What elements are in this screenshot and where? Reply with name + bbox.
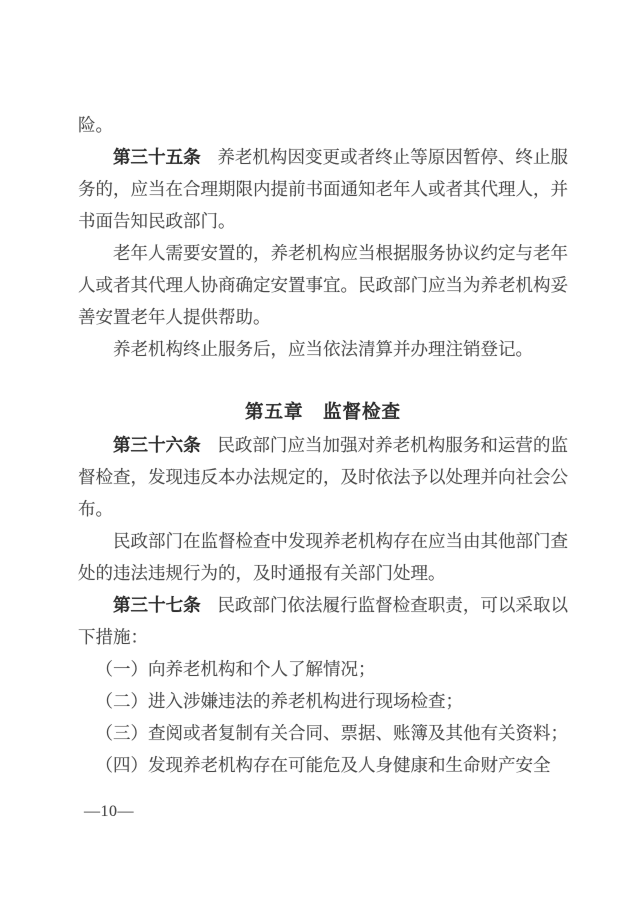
document-page: 险。 第三十五条养老机构因变更或者终止等原因暂停、终止服务的，应当在合理期限内提… — [0, 0, 636, 900]
list-item-4: （四）发现养老机构存在可能危及人身健康和生命财产安全 — [78, 749, 568, 781]
paragraph-continuation: 险。 — [78, 109, 568, 141]
article-37-number: 第三十七条 — [113, 595, 201, 615]
article-37-paragraph: 第三十七条民政部门依法履行监督检查职责，可以采取以下措施： — [78, 589, 568, 653]
page-number: —10— — [84, 800, 134, 824]
document-body: 险。 第三十五条养老机构因变更或者终止等原因暂停、终止服务的，应当在合理期限内提… — [78, 109, 568, 781]
article-36-number: 第三十六条 — [113, 435, 201, 455]
article-35-paragraph: 第三十五条养老机构因变更或者终止等原因暂停、终止服务的，应当在合理期限内提前书面… — [78, 141, 568, 237]
list-item-3: （三）查阅或者复制有关合同、票据、账簿及其他有关资料； — [78, 717, 568, 749]
list-item-1: （一）向养老机构和个人了解情况； — [78, 653, 568, 685]
article-35-paragraph-2: 老年人需要安置的，养老机构应当根据服务协议约定与老年人或者其代理人协商确定安置事… — [78, 237, 568, 333]
article-35-paragraph-3: 养老机构终止服务后，应当依法清算并办理注销登记。 — [78, 333, 568, 365]
article-36-paragraph-2: 民政部门在监督检查中发现养老机构存在应当由其他部门查处的违法违规行为的，及时通报… — [78, 525, 568, 589]
chapter-heading: 第五章 监督检查 — [78, 397, 568, 429]
list-item-2: （二）进入涉嫌违法的养老机构进行现场检查； — [78, 685, 568, 717]
article-35-number: 第三十五条 — [113, 147, 201, 167]
article-36-paragraph: 第三十六条民政部门应当加强对养老机构服务和运营的监督检查，发现违反本办法规定的，… — [78, 429, 568, 525]
